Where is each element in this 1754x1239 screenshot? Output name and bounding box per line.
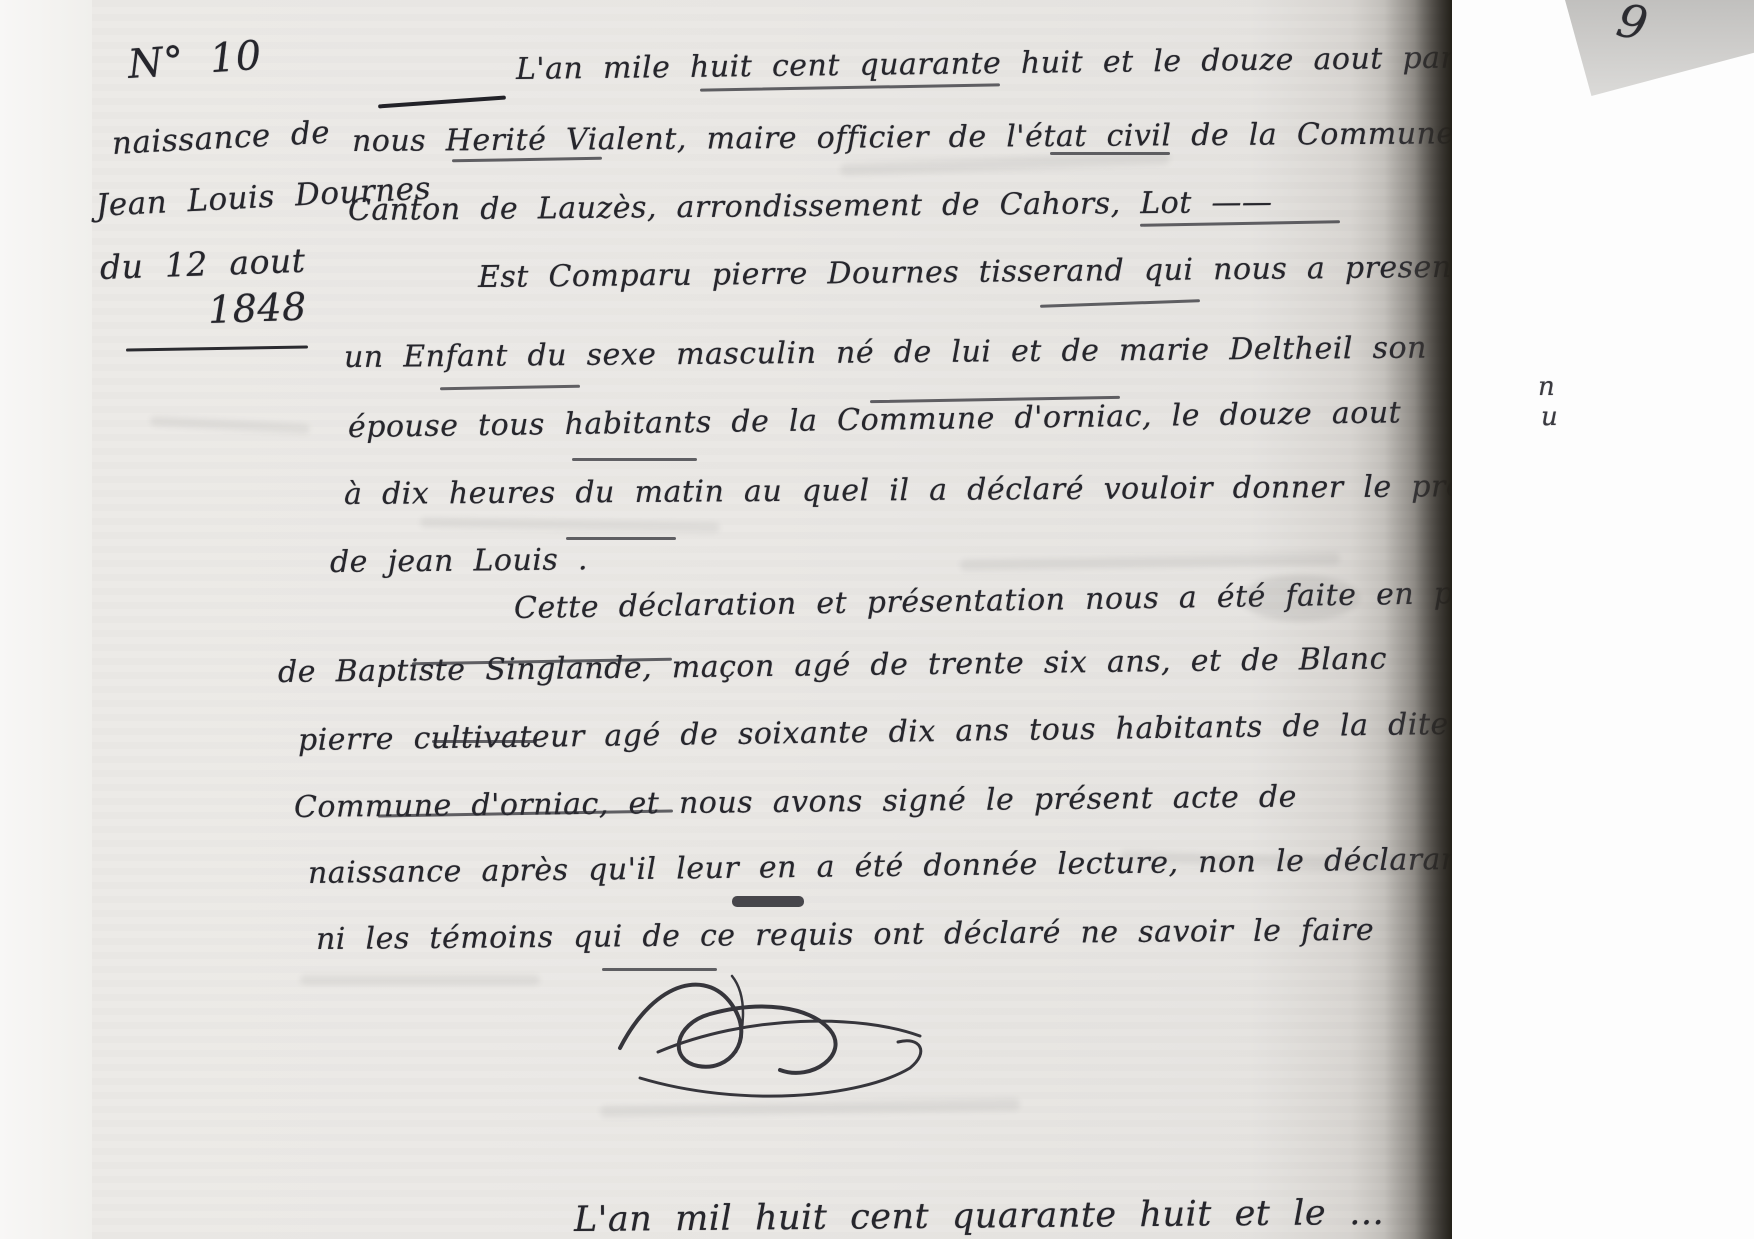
edge-text-fragment: u: [1541, 402, 1558, 432]
act-line: Commune d'orniac, et nous avons signé le…: [294, 779, 1297, 825]
act-line: de Baptiste Singlande, maçon agé de tren…: [278, 641, 1387, 690]
pen-stroke: [566, 537, 676, 540]
pen-stroke: [432, 740, 537, 743]
act-date: du 12 aout: [99, 241, 306, 287]
pen-stroke: [440, 385, 580, 390]
act-line: de jean Louis .: [330, 542, 588, 580]
act-line: Est Comparu pierre Dournes tisserand qui…: [478, 249, 1483, 295]
act-line: Canton de Lauzès, arrondissement de Caho…: [348, 185, 1273, 228]
ink-blot: [732, 896, 804, 907]
margin-underline: [126, 345, 308, 351]
bleed-through-artifact: [960, 553, 1340, 572]
act-line: pierre cultivateur agé de soixante dix a…: [298, 707, 1449, 758]
act-title-line-1: naissance de: [111, 115, 331, 162]
act-year: 1848: [207, 285, 307, 332]
facing-page: [1452, 0, 1754, 1239]
act-line: à dix heures du matin au quel il a décla…: [344, 469, 1532, 512]
act-line: ni les témoins qui de ce requis ont décl…: [316, 913, 1375, 957]
smudge-artifact: [1240, 575, 1360, 621]
pen-stroke: [1140, 220, 1340, 226]
paper-background: N° 10 naissance de Jean Louis Dournes du…: [0, 0, 1452, 1239]
page-gutter-shadow: [1384, 0, 1452, 1239]
bleed-through-artifact: [840, 152, 1170, 176]
pen-stroke: [1040, 299, 1200, 308]
next-act-fragment: L'an mil huit cent quarante huit et le …: [574, 1193, 1385, 1239]
bleed-through-artifact: [300, 975, 540, 985]
mayor-signature-flourish: [598, 956, 948, 1106]
bleed-through-artifact: [150, 416, 310, 434]
act-number: N° 10: [126, 33, 263, 88]
pen-stroke: [700, 83, 1000, 91]
opening-flourish: [378, 96, 506, 109]
scan-left-edge: [0, 0, 92, 1239]
act-line: un Enfant du sexe masculin né de lui et …: [344, 331, 1427, 375]
scanned-register-page: N° 10 naissance de Jean Louis Dournes du…: [0, 0, 1754, 1239]
pen-stroke: [572, 458, 697, 461]
edge-text-fragment: n: [1538, 372, 1555, 402]
bleed-through-artifact: [420, 517, 720, 532]
